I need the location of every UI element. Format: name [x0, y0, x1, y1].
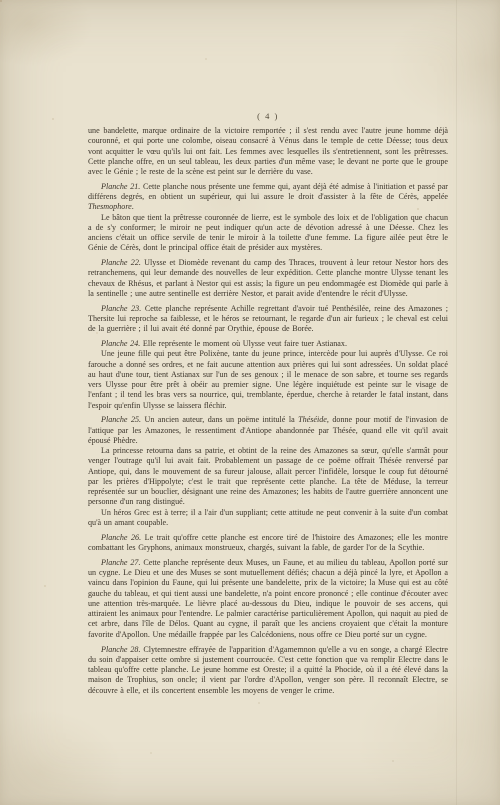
paper-crease-line [456, 0, 457, 805]
plate-paragraph: La princesse retourna dans sa patrie, et… [88, 446, 448, 508]
plate-label: Planche 28. [101, 645, 141, 654]
text-block: une bandelette, marque ordinaire de la v… [88, 126, 448, 696]
plate-paragraph: Planche 22. Ulysse et Diomède revenant d… [88, 258, 448, 299]
plate-paragraph: Un héros Grec est à terre; il a l'air d'… [88, 508, 448, 529]
plate-label: Planche 26. [101, 533, 141, 542]
plate-paragraph: Une jeune fille qui peut être Polixène, … [88, 349, 448, 411]
paper-foxing-specks [0, 0, 2, 2]
plate-paragraph: Planche 21. Cette planche nous présente … [88, 182, 448, 213]
plate-label: Planche 21. [101, 182, 140, 191]
continuation-paragraph: une bandelette, marque ordinaire de la v… [88, 126, 448, 177]
plate-label: Planche 25. [101, 415, 141, 424]
plate-label: Planche 23. [101, 304, 141, 313]
plate-label: Planche 27. [101, 558, 141, 567]
plate-paragraph: Planche 24. Elle représente le moment où… [88, 339, 448, 349]
scanned-book-page: ( 4 ) une bandelette, marque ordinaire d… [0, 0, 500, 805]
plate-label: Planche 24. [101, 339, 140, 348]
plate-paragraph: Planche 23. Cette planche représente Ach… [88, 304, 448, 335]
plate-paragraph: Planche 26. Le trait qu'offre cette plan… [88, 533, 448, 554]
plate-paragraph: Le bâton que tient la prêtresse couronné… [88, 213, 448, 254]
plate-paragraph: Planche 25. Un ancien auteur, dans un po… [88, 415, 448, 446]
plate-paragraph: Planche 27. Cette planche représente deu… [88, 558, 448, 640]
plate-paragraph: Planche 28. Clytemnestre effrayée de l'a… [88, 645, 448, 696]
page-number: ( 4 ) [88, 111, 448, 121]
plate-label: Planche 22. [101, 258, 141, 267]
